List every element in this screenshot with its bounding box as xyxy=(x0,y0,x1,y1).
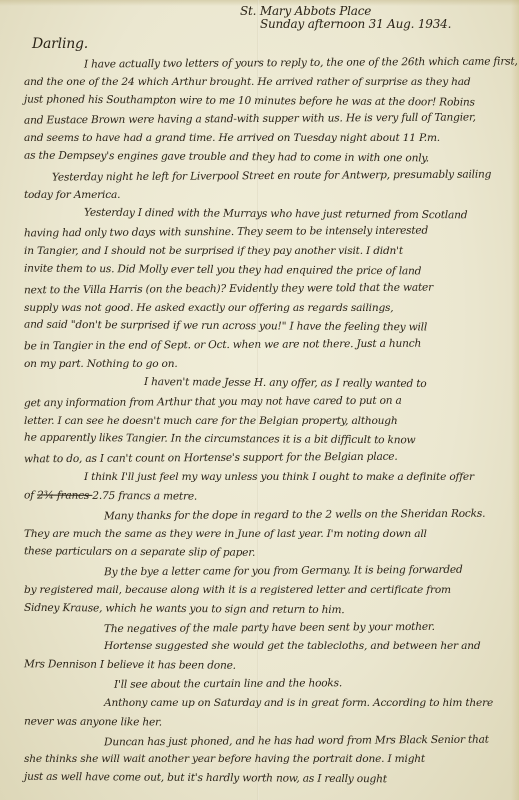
letter-line: just as well have come out, but it's har… xyxy=(24,770,387,787)
letter-line: Mrs Dennison I believe it has been done. xyxy=(24,658,236,673)
letter-line: these particulars on a separate slip of … xyxy=(24,545,255,561)
letter-line: today for America. xyxy=(24,188,120,202)
letter-line: and the one of the 24 which Arthur broug… xyxy=(24,75,470,89)
letter-line: in Tangier, and I should not be surprise… xyxy=(24,244,403,258)
paper-edge-right xyxy=(511,0,519,800)
letter-line: and said "don't be surprised if we run a… xyxy=(24,318,427,335)
letter-line: by registered mail, because along with i… xyxy=(24,583,451,597)
letter-line: They are much the same as they were in J… xyxy=(24,527,427,541)
letter-line: letter. I can see he doesn't much care f… xyxy=(24,414,398,428)
letter-line: Many thanks for the dope in regard to th… xyxy=(104,506,485,523)
letter-header-place: St. Mary Abbots Place xyxy=(240,4,371,18)
letter-header-date: Sunday afternoon 31 Aug. 1934. xyxy=(260,17,451,31)
letter-line: I haven't made Jesse H. any offer, as I … xyxy=(144,375,427,391)
letter-line: invite them to us. Did Molly ever tell y… xyxy=(24,262,421,279)
letter-line: having had only two days with sunshine. … xyxy=(24,224,428,241)
struck-text: 2¾ francs xyxy=(37,489,92,501)
letter-line: never was anyone like her. xyxy=(24,714,162,729)
letter-line: just phoned his Southampton wire to me 1… xyxy=(24,92,475,109)
letter-line: Anthony came up on Saturday and is in gr… xyxy=(104,696,493,710)
letter-line: she thinks she will wait another year be… xyxy=(24,752,425,766)
letter-line: Duncan has just phoned, and he has had w… xyxy=(104,732,489,749)
letter-line: on my part. Nothing to go on. xyxy=(24,357,178,371)
letter-line: what to do, as I can't count on Hortense… xyxy=(24,450,398,467)
letter-line: as the Dempsey's engines gave trouble an… xyxy=(24,149,429,166)
letter-line: supply was not good. He asked exactly ou… xyxy=(24,301,393,315)
letter-page: St. Mary Abbots Place Sunday afternoon 3… xyxy=(0,0,519,800)
letter-line: I have actually two letters of yours to … xyxy=(84,54,518,71)
letter-line: of 2¾ francs 2.75 francs a metre. xyxy=(24,488,197,503)
letter-line: I think I'll just feel my way unless you… xyxy=(84,470,474,484)
letter-line: By the bye a letter came for you from Ge… xyxy=(104,563,463,580)
letter-line: Hortense suggested she would get the tab… xyxy=(104,639,480,653)
letter-line: and Eustace Brown were having a stand-wi… xyxy=(24,111,476,128)
letter-line: I'll see about the curtain line and the … xyxy=(114,676,342,692)
letter-line: Yesterday night he left for Liverpool St… xyxy=(52,167,491,184)
letter-line: Yesterday I dined with the Murrays who h… xyxy=(84,205,467,222)
letter-line: he apparently likes Tangier. In the circ… xyxy=(24,431,415,448)
letter-salutation: Darling. xyxy=(32,36,88,52)
letter-line: next to the Villa Harris (on the beach)?… xyxy=(24,280,433,297)
letter-line: and seems to have had a grand time. He a… xyxy=(24,131,440,145)
letter-line: get any information from Arthur that you… xyxy=(24,393,402,410)
letter-line: Sidney Krause, which he wants you to sig… xyxy=(24,601,345,617)
letter-line: be in Tangier in the end of Sept. or Oct… xyxy=(24,337,421,354)
letter-line: The negatives of the male party have bee… xyxy=(104,619,435,635)
